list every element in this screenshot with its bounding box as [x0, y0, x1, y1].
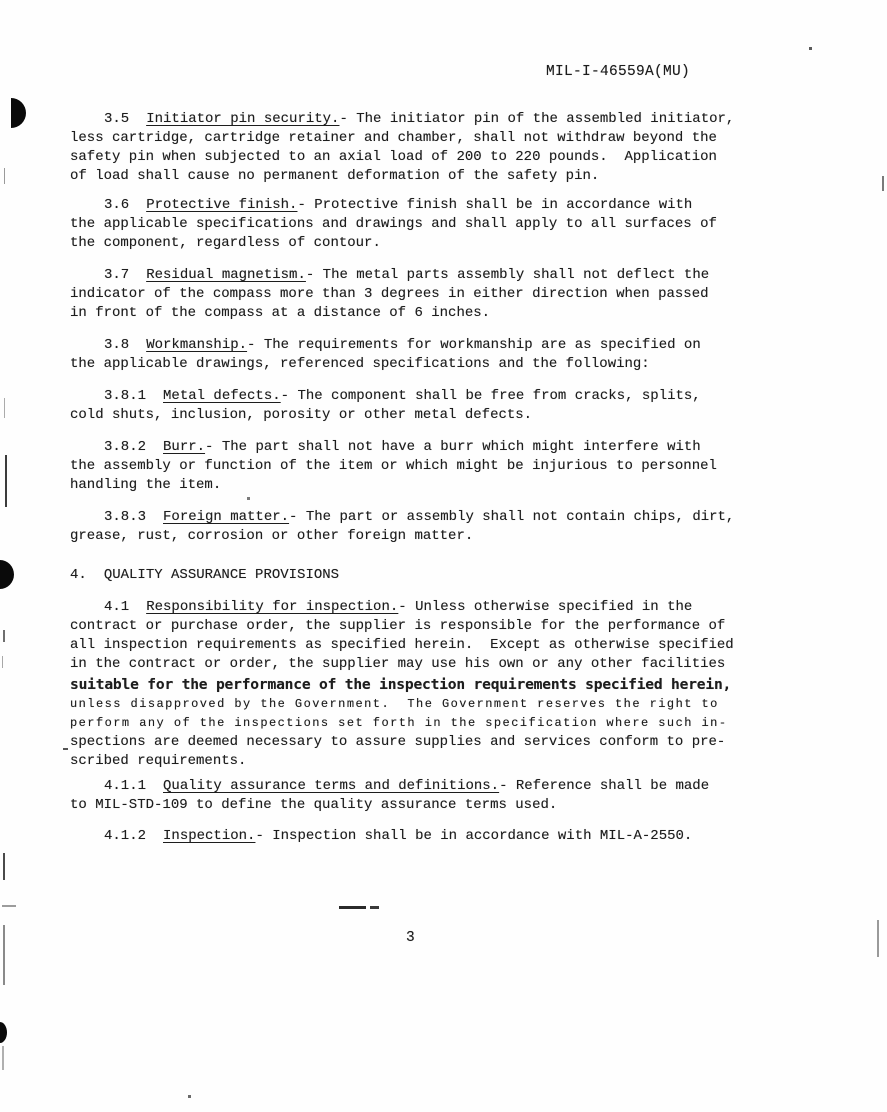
- text-run: - The part shall not have a burr which m…: [205, 439, 701, 455]
- text-line: 3.8.2Burr.- The part shall not have a bu…: [70, 438, 790, 457]
- text-line: the applicable specifications and drawin…: [70, 215, 790, 234]
- document-reference-number: MIL-I-46559A(MU): [546, 64, 690, 80]
- text-line: 3.7Residual magnetism.- The metal parts …: [70, 266, 790, 285]
- text-line: scribed requirements.: [70, 752, 790, 771]
- document-body: 3.5Initiator pin security.- The initiato…: [70, 110, 790, 846]
- text-line: spections are deemed necessary to assure…: [70, 733, 790, 752]
- text-run: - The part or assembly shall not contain…: [289, 509, 734, 525]
- text-run: - The metal parts assembly shall not def…: [306, 267, 709, 283]
- paragraph-3-5: 3.5Initiator pin security.- The initiato…: [70, 110, 790, 186]
- paragraph-heading: Quality assurance terms and definitions.: [163, 778, 499, 794]
- text-line: handling the item.: [70, 476, 790, 495]
- section-title: QUALITY ASSURANCE PROVISIONS: [104, 567, 339, 583]
- paragraph-3-8: 3.8Workmanship.- The requirements for wo…: [70, 336, 790, 374]
- scan-artifact-line: [882, 176, 884, 191]
- text-line: all inspection requirements as specified…: [70, 636, 790, 655]
- scan-artifact-line: [3, 853, 5, 880]
- scan-artifact-dot: [809, 47, 812, 50]
- paragraph-number: 3.5: [104, 111, 129, 127]
- paragraph-3-6: 3.6Protective finish.- Protective finish…: [70, 196, 790, 253]
- paragraph-3-8-1: 3.8.1Metal defects.- The component shall…: [70, 387, 790, 425]
- paragraph-3-8-2: 3.8.2Burr.- The part shall not have a bu…: [70, 438, 790, 495]
- text-run: - The requirements for workmanship are a…: [247, 337, 701, 353]
- text-run: - Unless otherwise specified in the: [398, 599, 692, 615]
- scan-artifact-dot: [247, 497, 250, 500]
- text-line: in front of the compass at a distance of…: [70, 304, 790, 323]
- paragraph-heading: Foreign matter.: [163, 509, 289, 525]
- scan-artifact-blob: [11, 98, 26, 128]
- text-line: 4.QUALITY ASSURANCE PROVISIONS: [70, 566, 790, 585]
- paragraph-3-8-3: 3.8.3Foreign matter.- The part or assemb…: [70, 508, 790, 546]
- text-line: of load shall cause no permanent deforma…: [70, 167, 790, 186]
- paragraph-heading: Responsibility for inspection.: [146, 599, 398, 615]
- section-number: 4.: [70, 567, 87, 583]
- text-line: the assembly or function of the item or …: [70, 457, 790, 476]
- text-line: cold shuts, inclusion, porosity or other…: [70, 406, 790, 425]
- page-number: 3: [406, 930, 415, 946]
- text-line: 3.8Workmanship.- The requirements for wo…: [70, 336, 790, 355]
- paragraph-number: 4.1.2: [104, 828, 146, 844]
- paragraph-heading: Inspection.: [163, 828, 255, 844]
- ink-smudge-dash: [339, 906, 366, 909]
- text-line: 3.8.1Metal defects.- The component shall…: [70, 387, 790, 406]
- text-line-small-type: perform any of the inspections set forth…: [70, 714, 790, 733]
- text-line-small-type: unless disapproved by the Government. Th…: [70, 695, 790, 714]
- text-line: indicator of the compass more than 3 deg…: [70, 285, 790, 304]
- scan-artifact-line: [3, 925, 5, 985]
- text-run: - The component shall be free from crack…: [281, 388, 701, 404]
- paragraph-number: 3.8.3: [104, 509, 146, 525]
- text-line: 4.1.1Quality assurance terms and definit…: [70, 777, 790, 796]
- scan-artifact-line: [2, 1046, 4, 1070]
- text-line: 3.8.3Foreign matter.- The part or assemb…: [70, 508, 790, 527]
- text-line: in the contract or order, the supplier m…: [70, 655, 790, 674]
- text-run: - The initiator pin of the assembled ini…: [339, 111, 734, 127]
- paragraph-number: 4.1: [104, 599, 129, 615]
- paragraph-number: 3.6: [104, 197, 129, 213]
- text-line: contract or purchase order, the supplier…: [70, 617, 790, 636]
- text-line: 4.1.2Inspection.- Inspection shall be in…: [70, 827, 790, 846]
- text-line: the applicable drawings, referenced spec…: [70, 355, 790, 374]
- scan-artifact-blob: [0, 1022, 7, 1043]
- text-line: 3.6Protective finish.- Protective finish…: [70, 196, 790, 215]
- text-line: grease, rust, corrosion or other foreign…: [70, 527, 790, 546]
- paragraph-4-1: 4.1Responsibility for inspection.- Unles…: [70, 598, 790, 771]
- text-line: 3.5Initiator pin security.- The initiato…: [70, 110, 790, 129]
- paragraph-number: 3.8.1: [104, 388, 146, 404]
- scan-artifact-line: [4, 398, 5, 418]
- paragraph-3-7: 3.7Residual magnetism.- The metal parts …: [70, 266, 790, 323]
- paragraph-heading: Initiator pin security.: [146, 111, 339, 127]
- paragraph-heading: Residual magnetism.: [146, 267, 306, 283]
- scan-artifact-line: [877, 920, 879, 957]
- paragraph-heading: Protective finish.: [146, 197, 297, 213]
- text-run: - Inspection shall be in accordance with…: [255, 828, 692, 844]
- paragraph-heading: Workmanship.: [146, 337, 247, 353]
- scan-artifact-blob: [0, 560, 14, 589]
- paragraph-number: 4.1.1: [104, 778, 146, 794]
- text-run: - Protective finish shall be in accordan…: [297, 197, 692, 213]
- text-line: 4.1Responsibility for inspection.- Unles…: [70, 598, 790, 617]
- paragraph-heading: Burr.: [163, 439, 205, 455]
- text-run: - Reference shall be made: [499, 778, 709, 794]
- text-line-bold-overstrike: suitable for the performance of the insp…: [70, 674, 790, 695]
- scan-artifact-line: [2, 656, 3, 668]
- paragraph-number: 3.7: [104, 267, 129, 283]
- scan-artifact-dot: [188, 1095, 191, 1098]
- scan-artifact-dot: [63, 748, 68, 750]
- scan-artifact-mark: [2, 905, 16, 907]
- paragraph-4-1-1: 4.1.1Quality assurance terms and definit…: [70, 777, 790, 815]
- paragraph-number: 3.8.2: [104, 439, 146, 455]
- scan-artifact-line: [5, 455, 7, 507]
- paragraph-4-1-2: 4.1.2Inspection.- Inspection shall be in…: [70, 827, 790, 846]
- text-line: safety pin when subjected to an axial lo…: [70, 148, 790, 167]
- ink-smudge-dash: [370, 906, 379, 909]
- section-heading-4: 4.QUALITY ASSURANCE PROVISIONS: [70, 566, 790, 585]
- scan-artifact-line: [4, 168, 5, 184]
- document-page: MIL-I-46559A(MU) 3.5Initiator pin securi…: [0, 0, 887, 1112]
- text-line: to MIL-STD-109 to define the quality ass…: [70, 796, 790, 815]
- scan-artifact-line: [3, 630, 5, 642]
- paragraph-number: 3.8: [104, 337, 129, 353]
- paragraph-heading: Metal defects.: [163, 388, 281, 404]
- text-line: less cartridge, cartridge retainer and c…: [70, 129, 790, 148]
- text-line: the component, regardless of contour.: [70, 234, 790, 253]
